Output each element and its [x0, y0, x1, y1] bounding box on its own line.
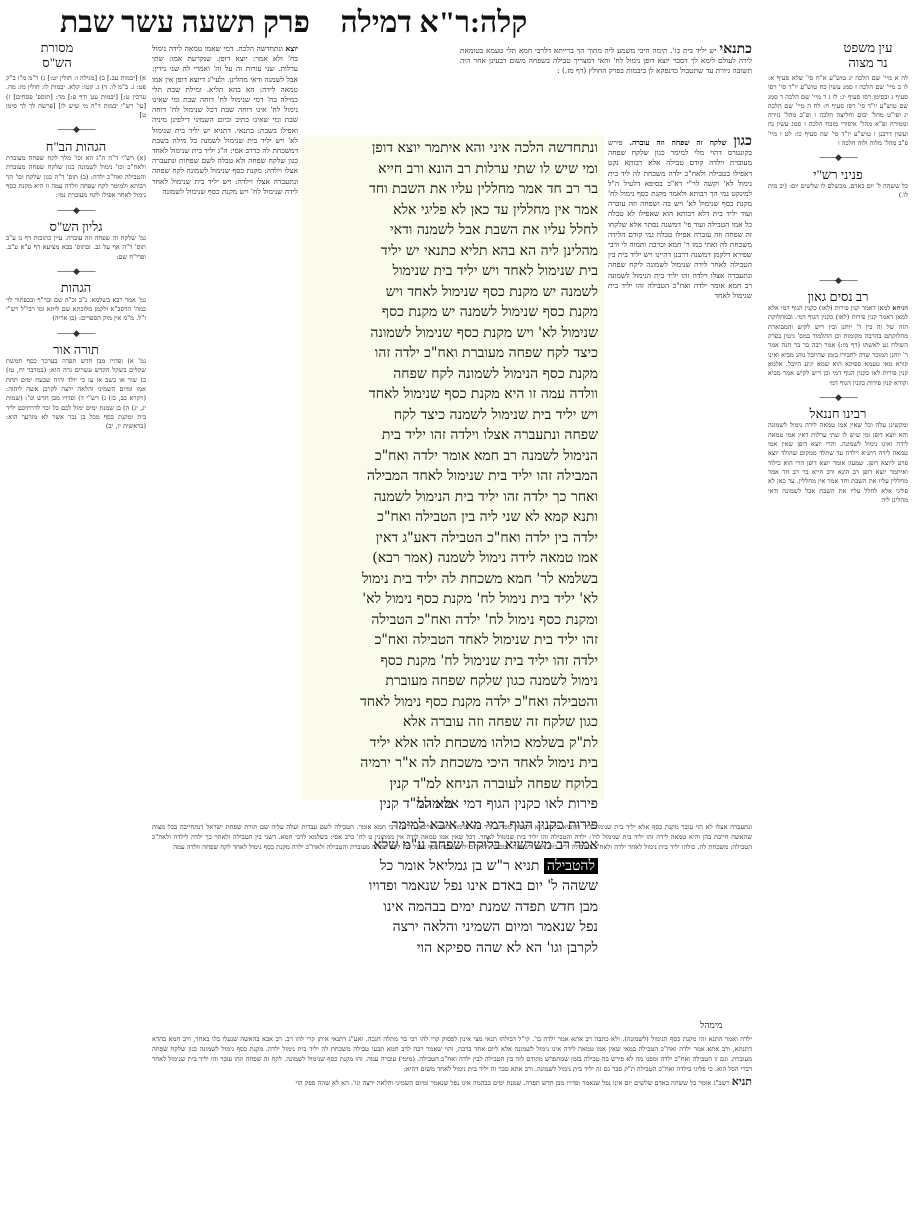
gemara-line: ילדה זהו יליד בית שנימול לח' מקנת כסף — [308, 651, 598, 672]
ein-mishpat-title: עין משפט — [828, 40, 908, 55]
gemara-line: לחלל עליו את השבת אבל לשמנה ודאי — [308, 220, 598, 241]
gemara-line: כיצד לקח שפחה מעוברת ואח"כ ילדה זהו — [308, 343, 598, 364]
tanya-text: רשב"ג אומר כל ששהה באדם שלשים יום אינו נ… — [295, 1079, 729, 1087]
gemara-line: ונתחדשה הלכה איני והא איתמר יוצא דופן — [308, 138, 598, 159]
gemara-line: ויש יליד בית שנימול לשמנה כיצד לקח — [308, 405, 598, 426]
mishna-rashi-top: כתנאי יש יליד בית כו'. תימה היכי משמע לי… — [460, 44, 752, 134]
hagahot-title: הגהות — [6, 283, 146, 292]
mesoret-title: מסורת — [12, 40, 102, 55]
gemara-line: בלוקח שפחה לעוברה הניחא למ"ד קנין — [308, 774, 598, 795]
hashas-title: הש"ס — [12, 55, 102, 70]
gemara-last-word: מימהל — [300, 796, 570, 813]
torah-or-text: גמ' א) ופדויו מבן חדש תפדה בערכך כסף חמש… — [6, 357, 146, 431]
ein-mishpat-text: לה א מיי' שם הלכה יג טוש"ע א"ח סי' שלא ס… — [768, 74, 908, 148]
gemara-line: כגון שלקח זה שפחה וזה עוברה אלא — [308, 712, 598, 733]
gemara-line: לשמנה יש מקנת כסף שנימול לאחד ויש — [308, 282, 598, 303]
right-margin: לה א מיי' שם הלכה יג טוש"ע א"ח סי' שלא ס… — [768, 74, 908, 1020]
gemara-line: לת"ק בשלמא כולהו משכחת להו אלא יליד — [308, 733, 598, 754]
divider-ornament: ——◆—— — [768, 394, 908, 403]
hagahot-text: גמ' אמר רבא בשלמא. נ"ב וכ"ה שם ובר"ף ובכ… — [6, 296, 146, 324]
left-margin: א) [יבמות עב.] ב) [מגילה ו: חולין יט:] ג… — [6, 74, 146, 1034]
gemara-line: נימול לשמנה כגון שלקח שפחה מעוברת — [308, 671, 598, 692]
ein-mishpat-header: עין משפט נר מצוה — [828, 40, 908, 70]
gemara-line: לא' יליד בית נימול לח' מקנת כסף נימול לא… — [308, 589, 598, 610]
gemara-line: וולדה עמה זו היא מקנת כסף שנימול לאחד — [308, 384, 598, 405]
pninei-rashi-title: פניני רש"י — [768, 170, 908, 179]
divider-ornament: ——◆—— — [6, 330, 146, 339]
gemara-main-text: ונתחדשה הלכה איני והא איתמר יוצא דופן ומ… — [302, 136, 604, 800]
rashi-lead-word: כגון — [733, 136, 752, 149]
gemara-line: המבילה זהו יליד בית שנימול לאחד המבילה — [308, 466, 598, 487]
rashi-continuation: ונתעברה אצלו לא הוי עובר מקנת כסף אלא יל… — [152, 822, 752, 1022]
divider-ornament: ——◆—— — [768, 277, 908, 286]
mesoret-text: א) [יבמות עב.] ב) [מגילה ו: חולין יט:] ג… — [6, 74, 146, 120]
gemara-line: ילדה בין ילדה ואח"כ הטבילה דאע"ג דאין — [308, 528, 598, 549]
mishna-lead-word: כתנאי — [719, 44, 752, 57]
tanya-line: תניא רשב"ג אומר כל ששהה באדם שלשים יום א… — [152, 1077, 752, 1091]
perek-title: ר"א דמילה — [300, 6, 470, 40]
perek-label: ר"א דמילה — [340, 6, 470, 39]
rashi-text: פירש בקונטרס דהוי מלי למימר כגון שלקח שפ… — [608, 138, 752, 300]
rabbeinu-chananel-title: רבינו חננאל — [768, 409, 908, 418]
page-header: עין משפט נר מצוה קלה: ר"א דמילה פרק תשעה… — [0, 0, 914, 60]
mishna-text: יש יליד בית כו'. תימה היכי משמע ליה מתוך… — [460, 46, 752, 75]
gilyon-hashas-text: גמ' שלקח זה שפחה וזה עוברה. עיין כתובות … — [6, 234, 146, 262]
gemara-line: מקנת כסף שנימול לשמנה יש מקנת כסף — [308, 302, 598, 323]
gemara-line: הנימול לשמנה רב חמא אומר ילדה ואח"כ — [308, 446, 598, 467]
gemara-line: זהו יליד בית שנימול לאחד הטבילה ואח"כ — [308, 630, 598, 651]
gemara-line: ואחר כך ילדה זהו יליד בית הנימול לשמנה — [308, 487, 598, 508]
rav-nissim-body: הניחא למאן דאמר קנין פירות (לאו) כקנין ה… — [768, 304, 908, 388]
gemara-line: שפחה ונתעברה אצלו וילדה זהו יליד בית — [308, 425, 598, 446]
divider-ornament: ——◆—— — [6, 268, 146, 277]
gemara-line: אמו טמאה לידה נימול לשמנה (אמר רבא) — [308, 548, 598, 569]
rashi-catchword: מימהל — [700, 1020, 722, 1031]
hagahot-bach-title: הגהות הב"ח — [6, 142, 146, 151]
rav-nissim-lead: הניחא — [892, 304, 908, 312]
gemara-line: בשלמא לר' חמא משכחת לה יליד בית נימול — [308, 569, 598, 590]
gemara-line: ומי שיש לו שתי ערלות רב הונא ורב חייא — [308, 159, 598, 180]
hagahot-bach-text: (א) רש"י ד"ה ה"ג הא וכו' מלך לקח שפחה מע… — [6, 154, 146, 200]
torah-or-title: תורה אור — [6, 345, 146, 354]
gemara-line: מקנת כסף הנימול לשמונה לקח שפחה — [308, 364, 598, 385]
gemara-line: ומקנת כסף נימול לח' ילדה ואח"כ הטבילה — [308, 610, 598, 631]
gemara-line: בית נימול לאחד היכי משכחת לה א"ר ירמיה — [308, 753, 598, 774]
gemara-line: שנימול לא' ויש מקנת כסף שנימול לשמונה — [308, 323, 598, 344]
tanya-lead: תניא — [732, 1077, 752, 1088]
gemara-line: אמר אין מחללין עד כאן לא פליגי אלא — [308, 200, 598, 221]
rav-nissim-text: למאן דאמר קנין פירות (לאו) כקנין הגוף דמ… — [768, 304, 908, 386]
ner-mitzva-title: נר מצוה — [828, 55, 908, 70]
divider-ornament: ——◆—— — [6, 207, 146, 216]
perek-word: פרק — [263, 6, 310, 39]
daf-number: קלה: — [470, 6, 527, 40]
divider-ornament: ——◆—— — [768, 154, 908, 163]
mesoret-header: מסורת הש"ס — [12, 40, 102, 70]
tosafot-lead-word: יוצא — [286, 44, 298, 53]
gemara-line: ותנא קמא לא שני ליה בין הטבילה ואח"כ — [308, 507, 598, 528]
gemara-line: בית שנימול לאחד ויש יליד בית שנימול — [308, 261, 598, 282]
gemara-line: בר רב חד אמר מחללין עליו את השבת וחד — [308, 179, 598, 200]
rabbeinu-chananel-text: ומקשינן עלה וכל שאין אמו טמאה לידה נימול… — [768, 421, 908, 505]
rashi-column: כגון שלקח זה שפחה וזה עוברה. פירש בקונטר… — [608, 136, 752, 814]
tosafot-column: יוצא ונתחדשה הלכה. דמי שאמו טמאה לידה ני… — [152, 44, 298, 814]
massekhet-name: שבת — [60, 6, 114, 40]
gemara-line: והטבילה ואח"כ ילדה מקנת כסף נימול לאחד — [308, 692, 598, 713]
pninei-rashi-text: כל ששהה ל' יום באדם. מכשלם לו שלשים יום:… — [768, 182, 908, 201]
rashi-dibur-hamatchil: שלקח זה שפחה וזה עוברה. — [629, 138, 726, 147]
divider-ornament: ——◆—— — [6, 126, 146, 135]
perek-name: פרק תשעה עשר — [130, 6, 310, 40]
rav-nissim-title: רב נסים גאון — [768, 292, 908, 301]
tosafot-text: ונתחדשה הלכה. דמי שאמו טמאה לידה נימול ב… — [152, 44, 298, 196]
gemara-line: מהלינן ליה הא בהא תליא כתנאי יש יליד — [308, 241, 598, 262]
perek-number: תשעה עשר — [121, 6, 255, 39]
tosafot-continuation: ילדה ואמר התנא זהו מקנת כסף הנימול (לשמו… — [152, 1034, 752, 1074]
gilyon-hashas-title: גליון הש"ס — [6, 222, 146, 231]
